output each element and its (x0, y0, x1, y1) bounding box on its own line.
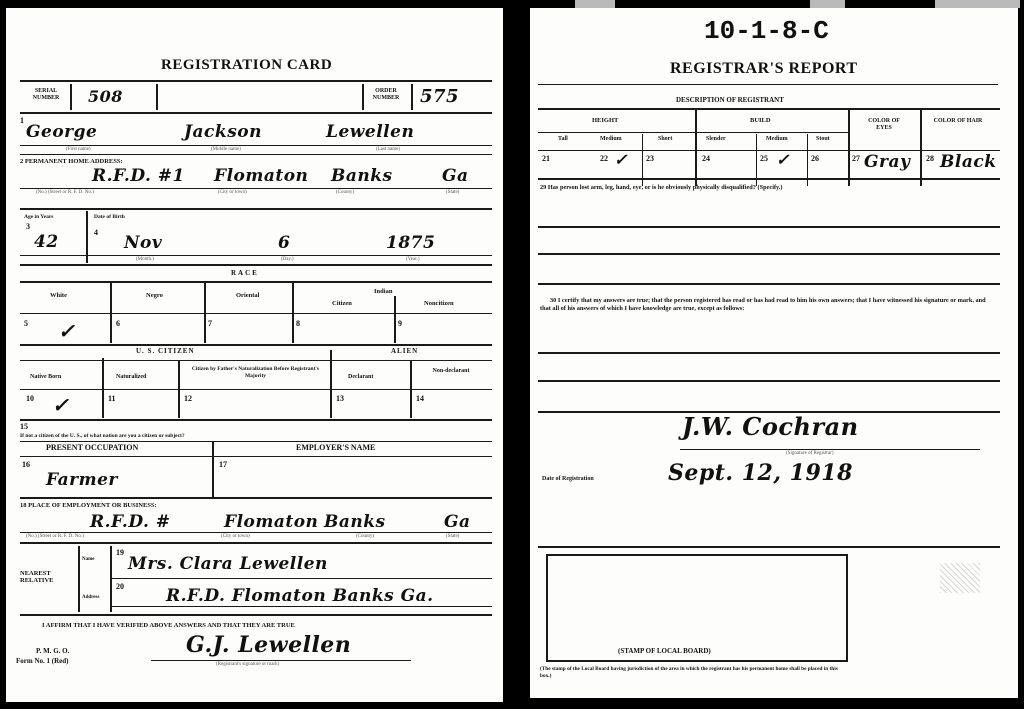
height-medium-mark: ✓ (614, 150, 628, 169)
employer-label: EMPLOYER'S NAME (296, 444, 375, 451)
home-state: Ga (442, 166, 469, 186)
registrar-signature: J.W. Cochran (682, 412, 859, 441)
build-heading: BUILD (750, 117, 771, 124)
registrars-report: 10-1-8-C REGISTRAR'S REPORT DESCRIPTION … (530, 8, 1018, 698)
nearest-relative-label: NEAREST RELATIVE (20, 570, 76, 584)
relative-address: R.F.D. Flomaton Banks Ga. (166, 586, 434, 606)
race-indian-noncitizen-label: Noncitizen (424, 300, 454, 307)
naturalized-label: Naturalized (116, 374, 146, 381)
hair-color: Black (940, 152, 996, 172)
serial-stamp: 10-1-8-C (704, 16, 829, 46)
citizen-by-father-label: Citizen by Father's Naturalization Befor… (188, 366, 323, 380)
local-board-stamp-box (546, 554, 848, 662)
occupation-value: Farmer (46, 470, 118, 490)
dob-label: Date of Birth (94, 214, 125, 221)
hair-color-heading: COLOR OF HAIR (932, 118, 984, 125)
employment-place-label: 18 PLACE OF EMPLOYMENT OR BUSINESS: (20, 502, 157, 509)
middle-name: Jackson (184, 122, 262, 142)
eye-color-heading: COLOR OF EYES (860, 118, 908, 132)
date-label: Date of Registration (542, 476, 594, 483)
age-label: Age in Years (24, 214, 53, 221)
field-15-question: If not a citizen of the U. S., of what n… (20, 433, 185, 440)
home-address-label: 2 PERMANENT HOME ADDRESS: (20, 158, 123, 165)
employment-street: R.F.D. # (90, 512, 171, 532)
serial-number: 508 (88, 87, 123, 106)
race-indian-citizen-label: Citizen (332, 300, 352, 307)
native-born-mark: ✓ (52, 393, 69, 417)
race-white-label: White (50, 292, 67, 299)
question-29: 29 Has person lost arm, leg, hand, eye, … (540, 184, 995, 192)
affirmation-text: I AFFIRM THAT I HAVE VERIFIED ABOVE ANSW… (42, 622, 295, 629)
registration-date: Sept. 12, 1918 (668, 460, 853, 486)
registrant-signature: G.J. Lewellen (186, 632, 351, 658)
age: 42 (34, 232, 59, 252)
race-heading: RACE (231, 270, 259, 277)
home-street: R.F.D. #1 (92, 166, 185, 186)
registration-card: REGISTRATION CARD SERIAL NUMBER 508 ORDE… (6, 8, 503, 702)
us-citizen-heading: U. S. CITIZEN (136, 348, 195, 355)
certification-30: 30 I certify that my answers are true; t… (540, 297, 995, 313)
last-name: Lewellen (326, 122, 414, 142)
employment-city: Flomaton (224, 512, 318, 532)
occupation-label: PRESENT OCCUPATION (46, 444, 138, 451)
home-city: Flomaton (214, 166, 308, 186)
native-born-label: Native Born (30, 374, 61, 381)
race-negro-label: Negro (146, 292, 163, 299)
faded-stamp-mark (940, 563, 980, 593)
order-number: 575 (420, 86, 459, 107)
height-heading: HEIGHT (592, 117, 618, 124)
serial-number-label: SERIAL NUMBER (24, 88, 68, 102)
race-indian-label: Indian (374, 288, 392, 295)
relative-name: Mrs. Clara Lewellen (128, 554, 328, 574)
card-title: REGISTRATION CARD (161, 57, 332, 74)
alien-heading: ALIEN (391, 348, 418, 355)
description-heading: DESCRIPTION OF REGISTRANT (676, 97, 784, 104)
employment-state: Ga (444, 512, 471, 532)
build-medium-mark: ✓ (776, 150, 790, 169)
stamp-note: (The stamp of the Local Board having jur… (540, 666, 840, 680)
race-oriental-label: Oriental (236, 292, 259, 299)
home-county: Banks (331, 166, 393, 186)
stamp-label: (STAMP OF LOCAL BOARD) (618, 648, 711, 655)
scan-top-edge (530, 0, 1024, 8)
form-id-line1: P. M. G. O. (36, 648, 69, 655)
dob-year: 1875 (386, 233, 435, 253)
order-number-label: ORDER NUMBER (365, 88, 407, 102)
eye-color: Gray (864, 152, 910, 172)
employment-county: Banks (324, 512, 386, 532)
race-white-mark: ✓ (58, 319, 75, 343)
first-name: George (26, 122, 97, 142)
form-id-line2: Form No. 1 (Red) (16, 658, 69, 665)
dob-day: 6 (278, 233, 290, 253)
report-title: REGISTRAR'S REPORT (670, 60, 858, 78)
declarant-label: Declarant (348, 374, 373, 381)
non-declarant-label: Non-declarant (430, 368, 472, 375)
dob-month: Nov (124, 233, 162, 253)
